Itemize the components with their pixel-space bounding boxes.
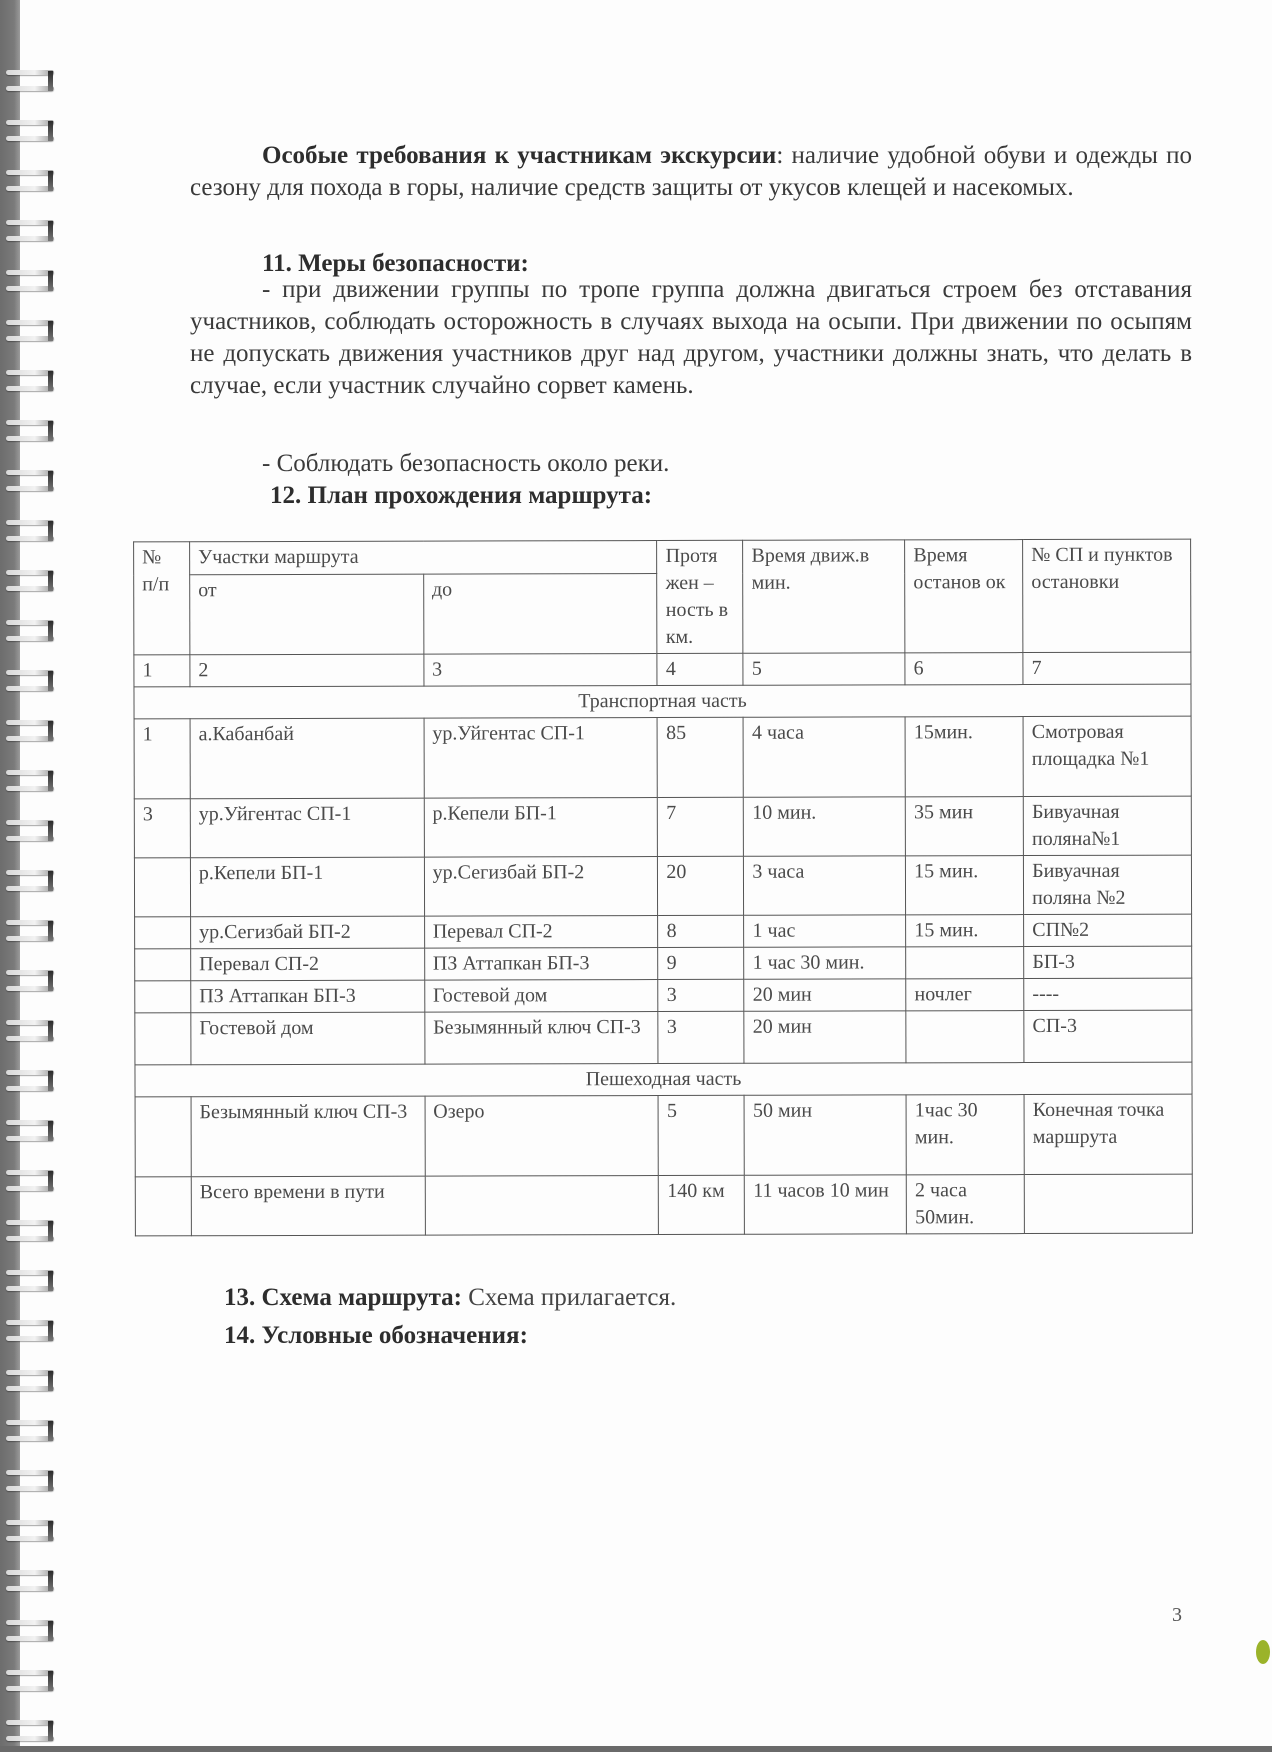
cell-from: Всего времени в пути — [191, 1176, 425, 1236]
section-13-text: Схема прилагается. — [462, 1284, 676, 1311]
walking-section-row: Пешеходная часть — [135, 1062, 1192, 1097]
binding-coil — [6, 820, 54, 842]
header-from: от — [190, 574, 424, 655]
cell-from: Перевал СП-2 — [191, 948, 425, 981]
colnum-1: 1 — [134, 655, 190, 687]
header-stop-time: Время останов ок — [905, 540, 1023, 653]
binding-coil — [6, 520, 54, 542]
binding-coil — [6, 1420, 54, 1442]
column-number-row: 1 2 3 4 5 6 7 — [134, 652, 1191, 687]
cell-num — [135, 949, 191, 981]
cell-point: Конечная точка маршрута — [1024, 1094, 1192, 1174]
binding-coil — [6, 1020, 54, 1042]
table-row: ПЗ Аттапкан БП-3Гостевой дом320 минночле… — [135, 978, 1192, 1013]
binding-coil — [6, 320, 54, 342]
binding-coil — [6, 770, 54, 792]
cell-move: 1 час — [744, 915, 906, 947]
cell-length: 9 — [658, 947, 744, 979]
cell-to: Гостевой дом — [424, 980, 658, 1013]
binding-coil — [6, 120, 54, 142]
cell-length: 8 — [658, 915, 744, 947]
special-requirements-paragraph: Особые требования к участникам экскурсии… — [190, 140, 1192, 204]
cell-stop: 15 мин. — [906, 856, 1024, 915]
cell-from: ур.Уйгентас СП-1 — [190, 798, 424, 858]
table-header-row: № п/п Участки маршрута Протя жен – ность… — [134, 539, 1191, 575]
cell-length: 140 км — [659, 1175, 745, 1234]
binding-coil — [6, 1170, 54, 1192]
cell-to: Перевал СП-2 — [424, 916, 658, 949]
cell-point: БП-3 — [1024, 946, 1192, 978]
cell-num — [135, 1177, 191, 1236]
walking-section-label: Пешеходная часть — [135, 1062, 1192, 1097]
cell-stop — [906, 1011, 1024, 1063]
cell-to: ур.Уйгентас СП-1 — [424, 718, 658, 799]
section-12-heading: 12. План прохождения маршрута: — [270, 482, 652, 510]
header-to: до — [423, 574, 657, 655]
binding-coil — [6, 1520, 54, 1542]
header-points: № СП и пунктов остановки — [1023, 539, 1191, 652]
cell-length: 20 — [658, 856, 744, 915]
cell-length: 7 — [658, 797, 744, 856]
table-row: Перевал СП-2ПЗ Аттапкан БП-391 час 30 ми… — [135, 946, 1192, 981]
cell-num: 3 — [134, 799, 190, 858]
table-row: 3ур.Уйгентас СП-1р.Кепели БП-1710 мин.35… — [134, 796, 1191, 858]
section-13-line: 13. Схема маршрута: Схема прилагается. — [224, 1284, 676, 1312]
cell-to: Озеро — [425, 1096, 659, 1177]
binding-coil — [6, 70, 54, 92]
cell-length: 3 — [658, 1011, 744, 1063]
cell-point: ---- — [1024, 978, 1192, 1010]
binding-coil — [6, 170, 54, 192]
binding-coil — [6, 470, 54, 492]
binding-coil — [6, 1120, 54, 1142]
binding-coil — [6, 1570, 54, 1592]
binding-coil — [6, 1470, 54, 1492]
binding-coil — [6, 1220, 54, 1242]
binding-coil — [6, 720, 54, 742]
table-row: ур.Сегизбай БП-2Перевал СП-281 час15 мин… — [135, 914, 1192, 949]
cell-point — [1024, 1174, 1192, 1233]
page-bottom-shadow — [0, 1746, 1272, 1752]
section-13-heading: 13. Схема маршрута: — [224, 1284, 462, 1311]
cell-move: 50 мин — [744, 1095, 906, 1175]
colnum-3: 3 — [424, 654, 658, 687]
section-11-paragraph-2: - Соблюдать безопасность около реки. — [190, 448, 1192, 480]
cell-move: 20 мин — [744, 1011, 906, 1063]
cell-move: 1 час 30 мин. — [744, 947, 906, 979]
spiral-binding-coils — [0, 0, 60, 1752]
binding-coil — [6, 620, 54, 642]
cell-to: р.Кепели БП-1 — [424, 798, 658, 858]
page-number: 3 — [1172, 1604, 1182, 1627]
binding-coil — [6, 920, 54, 942]
cell-stop — [906, 947, 1024, 979]
cell-from: Гостевой дом — [191, 1012, 425, 1065]
binding-coil — [6, 870, 54, 892]
cell-move: 3 часа — [744, 856, 906, 915]
header-move-time: Время движ.в мин. — [743, 540, 905, 653]
binding-coil — [6, 1720, 54, 1742]
table-row: Всего времени в пути140 км11 часов 10 ми… — [135, 1174, 1192, 1236]
binding-coil — [6, 1270, 54, 1292]
cell-point: Бивуачная поляна№1 — [1023, 796, 1191, 855]
table-row: 1а.Кабанбайур.Уйгентас СП-1854 часа15мин… — [134, 716, 1191, 799]
binding-coil — [6, 970, 54, 992]
cell-num — [134, 858, 190, 917]
colnum-5: 5 — [743, 653, 905, 685]
binding-coil — [6, 220, 54, 242]
binding-coil — [6, 1070, 54, 1092]
cell-to: ПЗ Аттапкан БП-3 — [424, 948, 658, 981]
cell-point: Смотровая площадка №1 — [1023, 716, 1191, 796]
cell-num — [135, 981, 191, 1013]
binding-coil — [6, 1620, 54, 1642]
table-row: Гостевой домБезымянный ключ СП-3320 минС… — [135, 1010, 1192, 1065]
binding-coil — [6, 1370, 54, 1392]
table-row: р.Кепели БП-1ур.Сегизбай БП-2203 часа15 … — [134, 855, 1191, 917]
cell-num — [135, 1097, 191, 1177]
table-row: Безымянный ключ СП-3Озеро550 мин1час 30 … — [135, 1094, 1192, 1177]
cell-from: Безымянный ключ СП-3 — [191, 1096, 425, 1177]
cell-from: а.Кабанбай — [190, 718, 424, 799]
colnum-6: 6 — [905, 653, 1023, 685]
cell-point: СП№2 — [1024, 914, 1192, 946]
binding-coil — [6, 420, 54, 442]
cell-stop: ночлег — [906, 979, 1024, 1011]
binding-coil — [6, 570, 54, 592]
cell-point: СП-3 — [1024, 1010, 1192, 1062]
header-length: Протя жен – ность в км. — [657, 540, 743, 653]
section-14-heading: 14. Условные обозначения: — [224, 1322, 528, 1350]
section-11-paragraph-1: - при движении группы по тропе группа до… — [190, 274, 1192, 402]
cell-to — [425, 1176, 659, 1236]
cell-move: 10 мин. — [744, 797, 906, 856]
cell-stop: 35 мин — [905, 797, 1023, 856]
cell-to: ур.Сегизбай БП-2 — [424, 857, 658, 917]
cell-num: 1 — [134, 719, 190, 799]
cell-to: Безымянный ключ СП-3 — [425, 1012, 659, 1065]
cell-stop: 15мин. — [905, 717, 1023, 797]
cell-length: 3 — [658, 979, 744, 1011]
binding-coil — [6, 1670, 54, 1692]
binding-coil — [6, 270, 54, 292]
cell-num — [135, 917, 191, 949]
header-segments: Участки маршрута — [190, 541, 658, 575]
colnum-7: 7 — [1023, 652, 1191, 684]
cell-length: 85 — [658, 717, 744, 797]
cell-num — [135, 1013, 191, 1065]
cell-stop: 2 часа 50мин. — [906, 1175, 1024, 1234]
cell-from: ур.Сегизбай БП-2 — [191, 916, 425, 949]
cell-length: 5 — [658, 1095, 744, 1175]
cell-from: р.Кепели БП-1 — [190, 857, 424, 917]
colnum-4: 4 — [657, 653, 743, 685]
cell-stop: 1час 30 мин. — [906, 1095, 1024, 1175]
cell-move: 11 часов 10 мин — [745, 1175, 907, 1234]
route-plan-table: № п/п Участки маршрута Протя жен – ность… — [133, 539, 1193, 1237]
special-requirements-label: Особые требования к участникам экскурсии — [262, 142, 776, 169]
transport-section-label: Транспортная часть — [134, 684, 1191, 719]
cell-stop: 15 мин. — [906, 915, 1024, 947]
cell-point: Бивуачная поляна №2 — [1024, 855, 1192, 914]
cell-move: 4 часа — [743, 717, 905, 797]
header-num: № п/п — [134, 542, 190, 655]
cell-move: 20 мин — [744, 979, 906, 1011]
binding-coil — [6, 370, 54, 392]
colnum-2: 2 — [190, 654, 424, 687]
binding-coil — [6, 1320, 54, 1342]
binding-coil — [6, 670, 54, 692]
transport-section-row: Транспортная часть — [134, 684, 1191, 719]
cell-from: ПЗ Аттапкан БП-3 — [191, 980, 425, 1013]
plant-sprig-decoration — [1256, 1640, 1270, 1664]
